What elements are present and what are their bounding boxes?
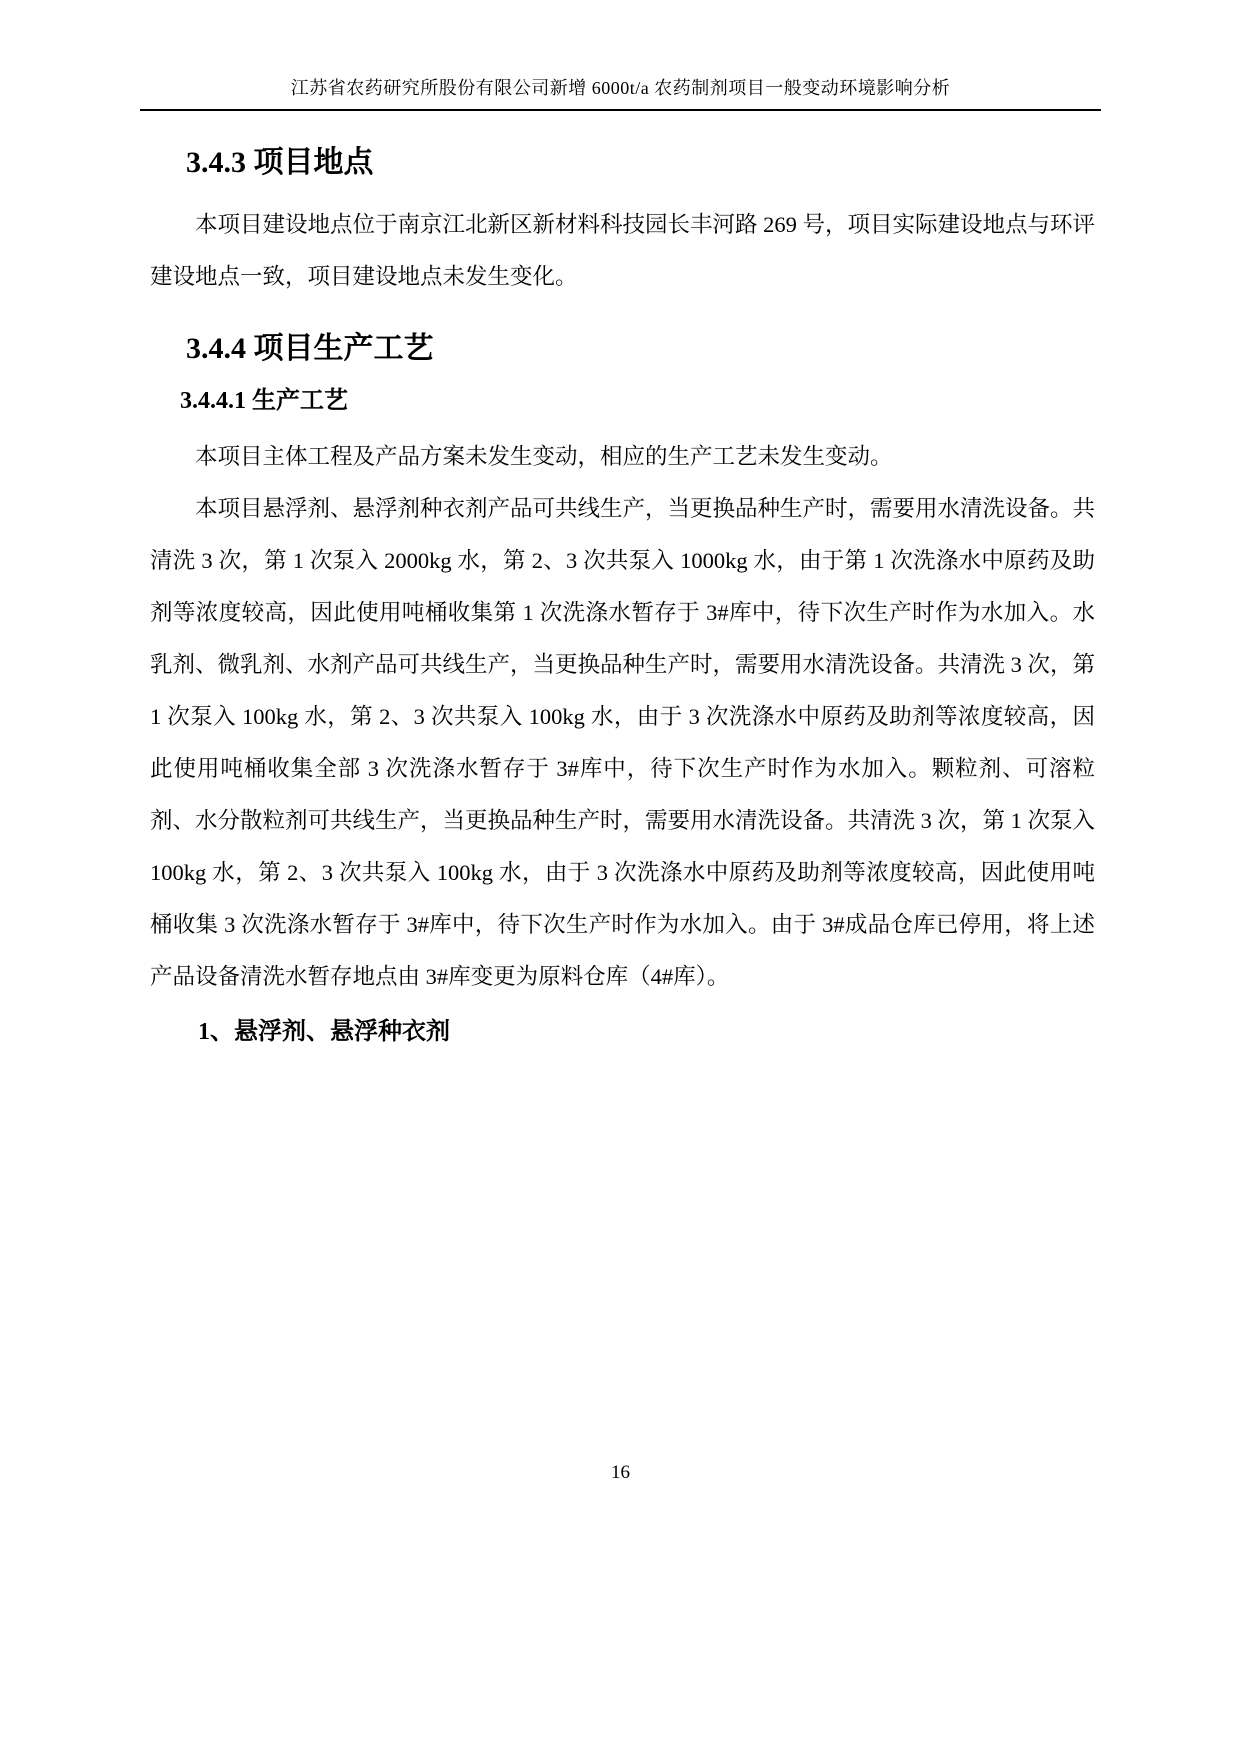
section-heading-3-4-3: 3.4.3 项目地点 [186,143,1095,183]
paragraph-process-overview: 本项目主体工程及产品方案未发生变动，相应的生产工艺未发生变动。 [150,431,1095,483]
page-header-title: 江苏省农药研究所股份有限公司新增 6000t/a 农药制剂项目一般变动环境影响分… [140,76,1101,111]
paragraph-washing-process-detail: 本项目悬浮剂、悬浮剂种衣剂产品可共线生产，当更换品种生产时，需要用水清洗设备。共… [150,483,1095,1003]
document-page: 江苏省农药研究所股份有限公司新增 6000t/a 农药制剂项目一般变动环境影响分… [0,0,1241,1755]
subsection-heading-3-4-4-1: 3.4.4.1 生产工艺 [180,385,1095,417]
document-body: 3.4.3 项目地点 本项目建设地点位于南京江北新区新材料科技园长丰河路 269… [150,143,1095,1049]
paragraph-project-location: 本项目建设地点位于南京江北新区新材料科技园长丰河路 269 号，项目实际建设地点… [150,199,1095,303]
section-heading-3-4-4: 3.4.4 项目生产工艺 [186,329,1095,369]
list-item-suspension-agents: 1、悬浮剂、悬浮种衣剂 [198,1015,1095,1049]
page-number: 16 [0,1462,1241,1484]
